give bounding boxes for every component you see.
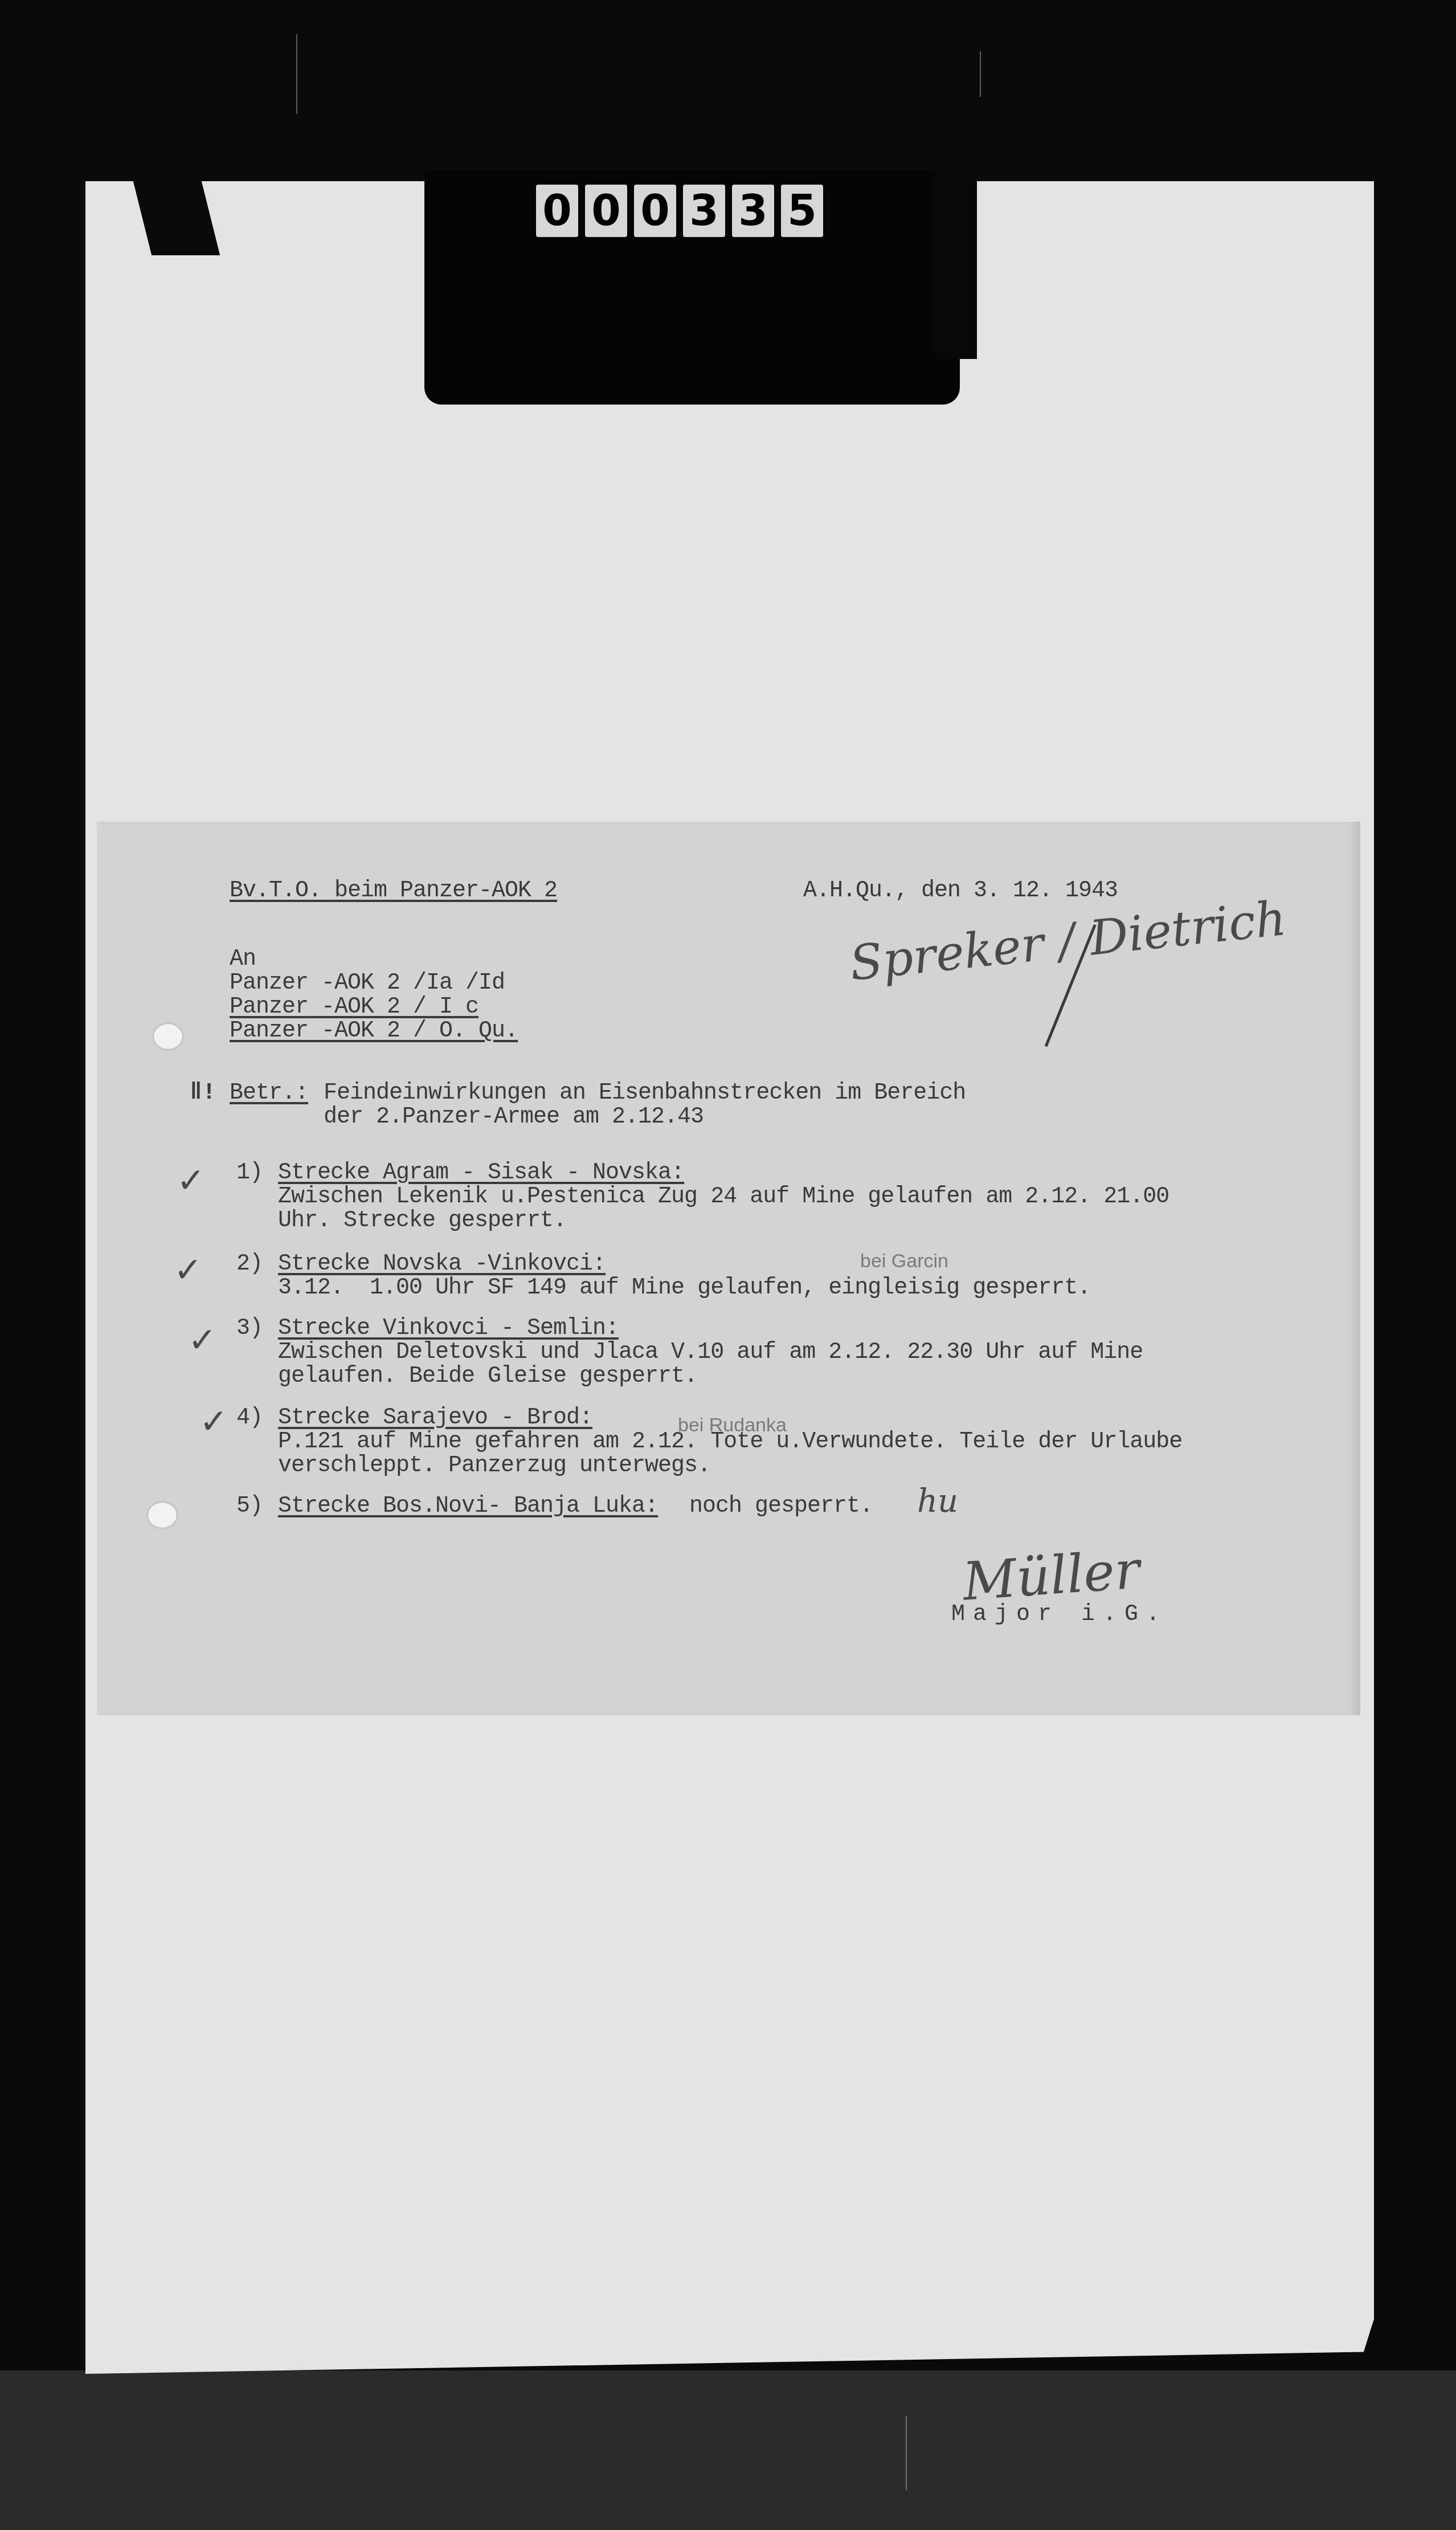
margin-mark: ǁ! [189,1081,215,1106]
counter-digit: 0 [536,185,578,237]
item-title: Strecke Vinkovci - Semlin: [278,1316,619,1341]
subject-line-2: der 2.Panzer-Armee am 2.12.43 [324,1105,704,1130]
film-border-bottom [0,2370,1456,2530]
item-number: 4) [236,1406,263,1431]
item-text: Zwischen Lekenik u.Pestenica Zug 24 auf … [278,1185,1169,1210]
item-text: 3.12. 1.00 Uhr SF 149 auf Mine gelaufen,… [278,1276,1090,1301]
item-number: 2) [236,1252,263,1277]
film-scratch [296,34,297,114]
handwritten-paraph: hu [917,1483,958,1520]
handwritten-initials: Spreker / Dietrich [847,890,1289,991]
recipient-2: Panzer -AOK 2 / I c [230,995,478,1020]
signature-rank: Major i.G. [951,1602,1168,1627]
counter-digit: 0 [585,185,627,237]
subject-label: Betr.: [230,1081,308,1106]
item-title: Strecke Novska -Vinkovci: [278,1252,606,1277]
check-mark-icon: ✓ [188,1320,216,1360]
subject-line-1: Feindeinwirkungen an Eisenbahnstrecken i… [324,1081,966,1106]
item-number: 3) [236,1316,263,1341]
item-title: Strecke Bos.Novi- Banja Luka: [278,1494,658,1519]
item-text: Uhr. Strecke gesperrt. [278,1209,566,1234]
sender-heading: Bv.T.O. beim Panzer-AOK 2 [230,879,557,904]
check-mark-icon: ✓ [177,1161,205,1201]
check-mark-icon: ✓ [199,1402,228,1442]
film-scratch [906,2416,907,2490]
item-text: noch gesperrt. [689,1494,873,1519]
film-scratch [980,51,981,97]
counter-digit: 0 [634,185,676,237]
counter-arm [934,171,977,359]
place-date: A.H.Qu., den 3. 12. 1943 [803,879,1118,904]
item-title: Strecke Sarajevo - Brod: [278,1406,592,1431]
item-text: Zwischen Deletovski und Jlaca V.10 auf a… [278,1340,1143,1365]
recipient-3: Panzer -AOK 2 / O. Qu. [230,1019,518,1044]
item-number: 1) [236,1161,263,1186]
counter-digit: 3 [732,185,774,237]
counter-digit: 5 [781,185,823,237]
pencil-annotation: bei Garcin [860,1250,948,1272]
item-text: P.121 auf Mine gefahren am 2.12. Tote u.… [278,1430,1182,1455]
addressee-label: An [230,947,256,972]
punch-hole [148,1503,177,1528]
recipient-1: Panzer -AOK 2 /Ia /Id [230,971,505,996]
frame-counter: 0 0 0 3 3 5 [533,179,844,242]
memo-card: Bv.T.O. beim Panzer-AOK 2 A.H.Qu., den 3… [97,822,1360,1715]
item-text: verschleppt. Panzerzug unterwegs. [278,1454,710,1479]
punch-hole [154,1024,182,1049]
check-mark-icon: ✓ [174,1250,202,1290]
item-title: Strecke Agram - Sisak - Novska: [278,1161,684,1186]
item-number: 5) [236,1494,263,1519]
item-text: gelaufen. Beide Gleise gesperrt. [278,1364,697,1389]
counter-digit: 3 [683,185,725,237]
